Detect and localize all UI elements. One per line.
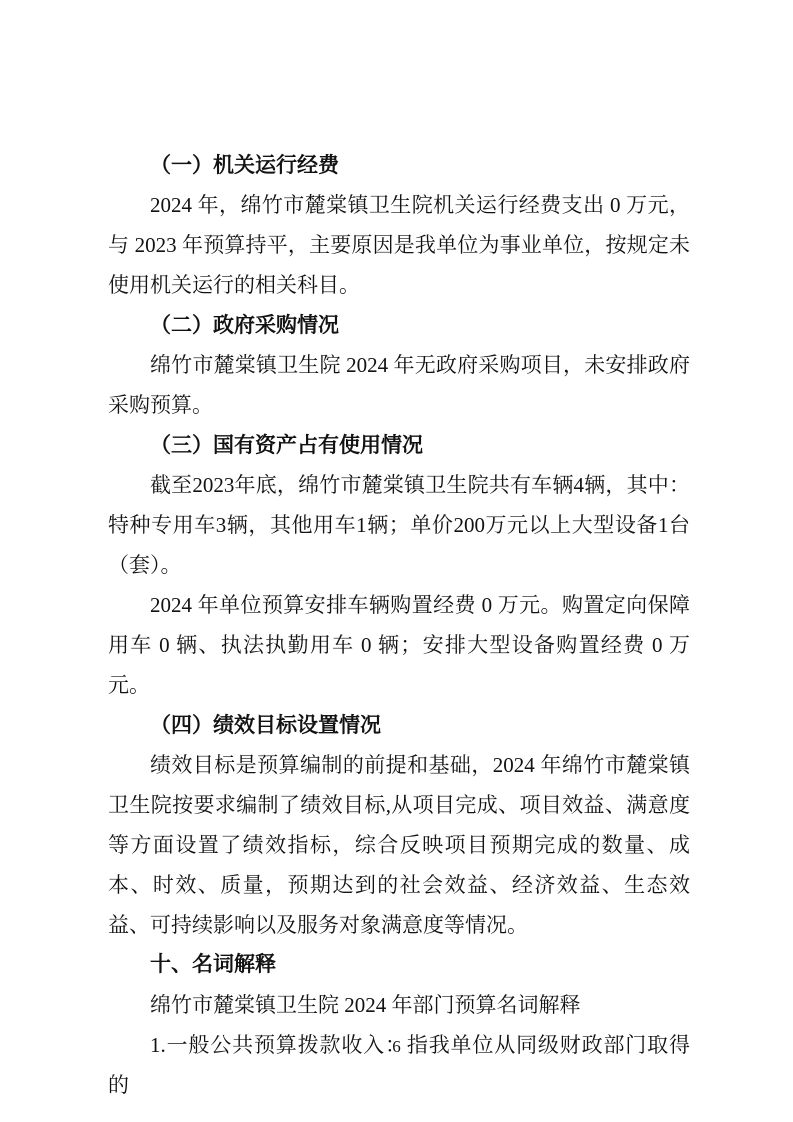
heading-section-3-state-owned-assets: （三）国有资产占有使用情况 <box>108 425 690 465</box>
paragraph-government-procurement: 绵竹市麓棠镇卫生院 2024 年无政府采购项目，未安排政府采购预算。 <box>108 345 690 425</box>
page-number: 6 <box>0 1036 793 1058</box>
paragraph-glossary-intro: 绵竹市麓棠镇卫生院 2024 年部门预算名词解释 <box>108 985 690 1025</box>
paragraph-vehicle-purchase-budget: 2024 年单位预算安排车辆购置经费 0 万元。购置定向保障用车 0 辆、执法执… <box>108 585 690 705</box>
paragraph-performance-targets: 绩效目标是预算编制的前提和基础，2024 年绵竹市麓棠镇卫生院按要求编制了绩效目… <box>108 745 690 945</box>
heading-section-2-government-procurement: （二）政府采购情况 <box>108 305 690 345</box>
heading-section-1-organ-operating-funds: （一）机关运行经费 <box>108 145 690 185</box>
paragraph-organ-operating-funds: 2024 年，绵竹市麓棠镇卫生院机关运行经费支出 0 万元，与 2023 年预算… <box>108 185 690 305</box>
document-body: （一）机关运行经费 2024 年，绵竹市麓棠镇卫生院机关运行经费支出 0 万元，… <box>108 145 690 1105</box>
paragraph-vehicles-and-equipment: 截至2023年底，绵竹市麓棠镇卫生院共有车辆4辆，其中：特种专用车3辆，其他用车… <box>108 465 690 585</box>
document-page: （一）机关运行经费 2024 年，绵竹市麓棠镇卫生院机关运行经费支出 0 万元，… <box>0 0 793 1122</box>
heading-section-4-performance-targets: （四）绩效目标设置情况 <box>108 705 690 745</box>
heading-section-10-glossary: 十、名词解释 <box>108 945 690 985</box>
